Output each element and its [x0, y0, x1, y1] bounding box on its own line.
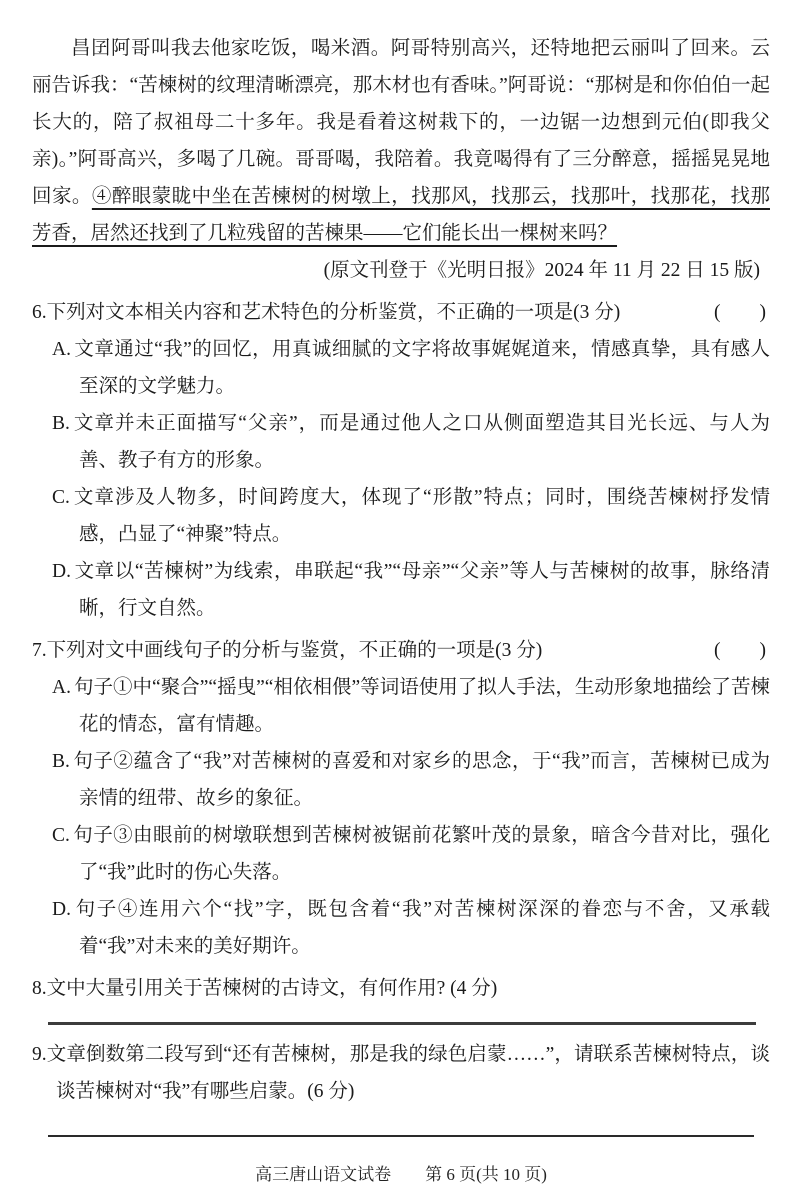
question-6-answer-bracket: ( ) [704, 294, 770, 331]
question-6: 6.下列对文本相关内容和艺术特色的分析鉴赏，不正确的一项是(3 分) ( ) A… [32, 294, 770, 627]
option-text: 句子①中“聚合”“摇曳”“相依相偎”等词语使用了拟人手法，生动形象地描绘了苦楝花… [74, 677, 770, 735]
question-7-option-b: B.句子②蕴含了“我”对苦楝树的喜爱和对家乡的思念，于“我”而言，苦楝树已成为亲… [52, 743, 770, 817]
passage-text: 昌囝阿哥叫我去他家吃饭，喝米酒。阿哥特别高兴，还特地把云丽叫了回来。云丽告诉我：… [32, 38, 770, 207]
option-label: B. [52, 751, 70, 772]
question-6-option-a: A.文章通过“我”的回忆，用真诚细腻的文字将故事娓娓道来，情感真挚，具有感人至深… [52, 331, 770, 405]
option-text: 句子③由眼前的树墩联想到苦楝树被锯前花繁叶茂的景象，暗含今昔对比，强化了“我”此… [73, 825, 770, 883]
question-8: 8.文中大量引用关于苦楝树的古诗文，有何作用? (4 分) [32, 970, 770, 1007]
option-text: 句子②蕴含了“我”对苦楝树的喜爱和对家乡的思念，于“我”而言，苦楝树已成为亲情的… [73, 751, 770, 809]
option-text: 文章并未正面描写“父亲”，而是通过他人之口从侧面塑造其目光长远、与人为善、教子有… [73, 413, 770, 471]
question-7: 7.下列对文中画线句子的分析与鉴赏，不正确的一项是(3 分) ( ) A.句子①… [32, 632, 770, 965]
question-6-option-d: D.文章以“苦楝树”为线索，串联起“我”“母亲”“父亲”等人与苦楝树的故事，脉络… [52, 553, 770, 627]
option-label: D. [52, 899, 71, 920]
option-label: B. [52, 413, 70, 434]
option-text: 句子④连用六个“找”字，既包含着“我”对苦楝树深深的眷恋与不舍，又承载着“我”对… [74, 899, 770, 957]
option-label: C. [52, 487, 70, 508]
option-text: 文章以“苦楝树”为线索，串联起“我”“母亲”“父亲”等人与苦楝树的故事，脉络清晰… [74, 561, 770, 619]
question-6-stem-row: 6.下列对文本相关内容和艺术特色的分析鉴赏，不正确的一项是(3 分) ( ) [32, 294, 770, 331]
passage-paragraph: 昌囝阿哥叫我去他家吃饭，喝米酒。阿哥特别高兴，还特地把云丽叫了回来。云丽告诉我：… [32, 30, 770, 252]
option-label: A. [52, 677, 71, 698]
option-label: A. [52, 339, 71, 360]
question-8-stem: 8.文中大量引用关于苦楝树的古诗文，有何作用? (4 分) [32, 970, 770, 1007]
question-9-stem: 9.文章倒数第二段写到“还有苦楝树，那是我的绿色启蒙……”，请联系苦楝树特点，谈… [32, 1036, 770, 1110]
footer-rule [48, 1135, 754, 1137]
option-text: 文章通过“我”的回忆，用真诚细腻的文字将故事娓娓道来，情感真挚，具有感人至深的文… [74, 339, 770, 397]
question-7-answer-bracket: ( ) [704, 632, 770, 669]
question-6-stem: 6.下列对文本相关内容和艺术特色的分析鉴赏，不正确的一项是(3 分) [32, 294, 704, 331]
question-7-stem-row: 7.下列对文中画线句子的分析与鉴赏，不正确的一项是(3 分) ( ) [32, 632, 770, 669]
source-attribution: (原文刊登于《光明日报》2024 年 11 月 22 日 15 版) [32, 252, 770, 289]
question-7-option-d: D.句子④连用六个“找”字，既包含着“我”对苦楝树深深的眷恋与不舍，又承载着“我… [52, 891, 770, 965]
question-7-stem: 7.下列对文中画线句子的分析与鉴赏，不正确的一项是(3 分) [32, 632, 704, 669]
footer-page-label: 高三唐山语文试卷 第 6 页(共 10 页) [32, 1163, 770, 1187]
page-footer: 高三唐山语文试卷 第 6 页(共 10 页) [32, 1135, 770, 1187]
option-label: C. [52, 825, 70, 846]
question-7-option-a: A.句子①中“聚合”“摇曳”“相依相偎”等词语使用了拟人手法，生动形象地描绘了苦… [52, 669, 770, 743]
question-9: 9.文章倒数第二段写到“还有苦楝树，那是我的绿色启蒙……”，请联系苦楝树特点，谈… [32, 1036, 770, 1110]
exam-page: 昌囝阿哥叫我去他家吃饭，喝米酒。阿哥特别高兴，还特地把云丽叫了回来。云丽告诉我：… [0, 0, 800, 1187]
option-text: 文章涉及人物多，时间跨度大，体现了“形散”特点；同时，围绕苦楝树抒发情感，凸显了… [73, 487, 770, 545]
passage-underlined-sentence-4: ④醉眼蒙眬中坐在苦楝树的树墩上，找那风，找那云，找那叶，找那花，找那芳香，居然还… [32, 186, 770, 244]
answer-area-divider [48, 1022, 756, 1025]
question-6-option-b: B.文章并未正面描写“父亲”，而是通过他人之口从侧面塑造其目光长远、与人为善、教… [52, 405, 770, 479]
option-label: D. [52, 561, 71, 582]
question-6-option-c: C.文章涉及人物多，时间跨度大，体现了“形散”特点；同时，围绕苦楝树抒发情感，凸… [52, 479, 770, 553]
question-7-option-c: C.句子③由眼前的树墩联想到苦楝树被锯前花繁叶茂的景象，暗含今昔对比，强化了“我… [52, 817, 770, 891]
